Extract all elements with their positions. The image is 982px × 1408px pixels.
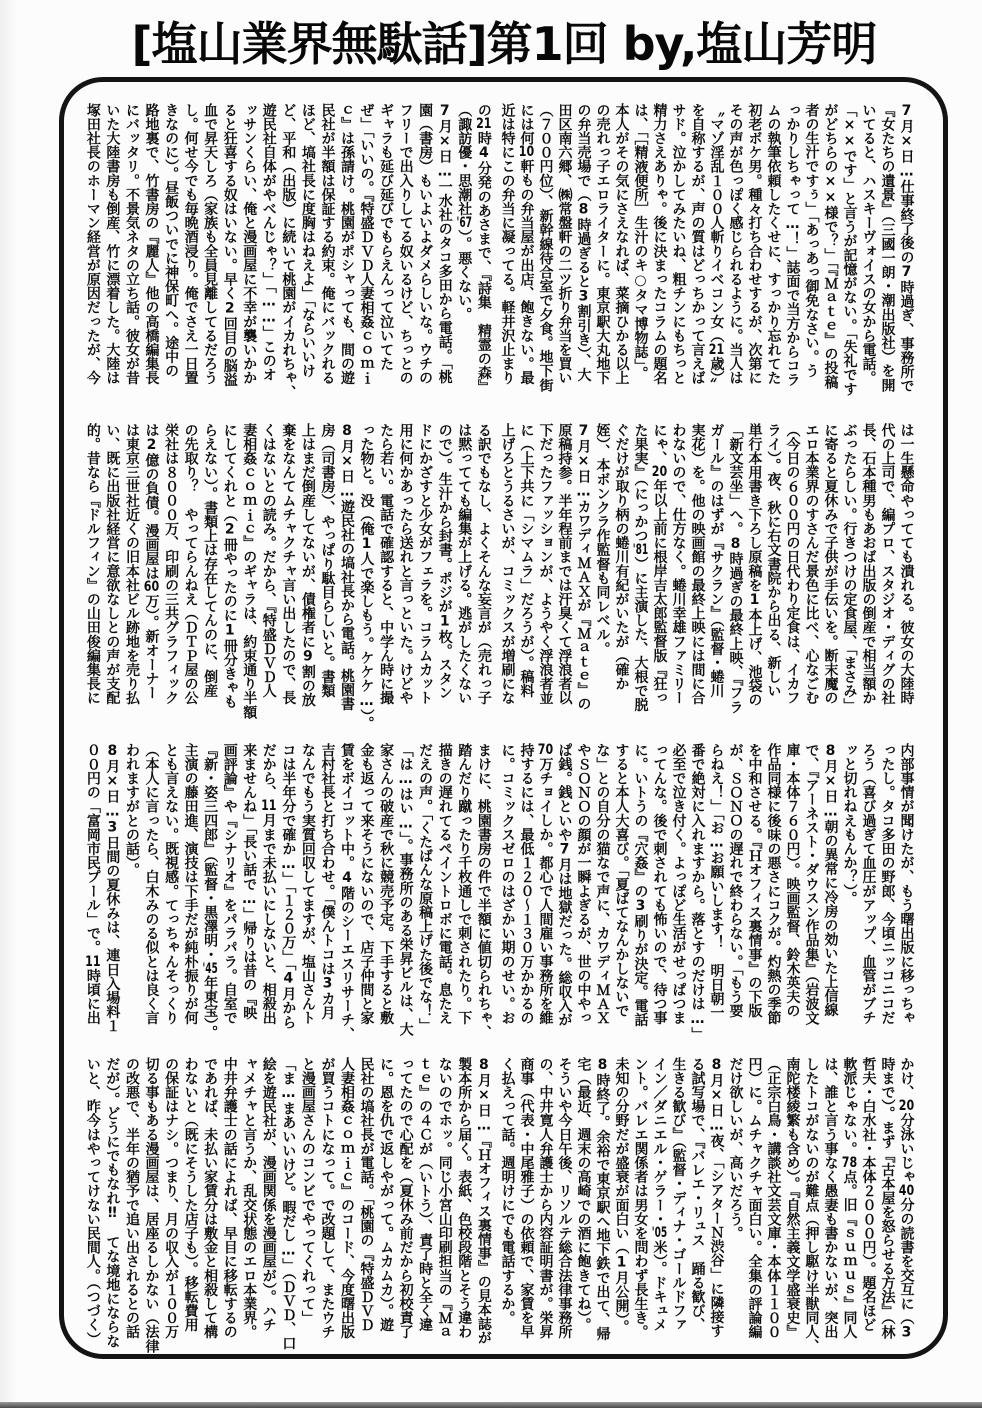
- text-column: 庫・本体７６０円）。映画監督、鈴木英夫の: [783, 743, 802, 1027]
- text-column: ャメチャと言うか、乱交状態のエロ本業界。: [239, 1057, 259, 1341]
- text-column: 「ま…まあいいけど。暇だし…」（ＤＶＤ、口: [278, 1057, 298, 1341]
- text-column: ント。バレエ関係者は男女を問わず長生き。: [631, 1057, 650, 1341]
- text-column: 「××です」と言うが記憶がない。「失礼です: [840, 103, 859, 387]
- text-column: ムの執筆依頼したくせに、すっかり忘れてた: [764, 103, 783, 387]
- text-block-right: 7月×日…仕事終了後の7時過ぎ、事務所で『女たちの遺景』（三國一朗・潮出版社）を…: [498, 103, 916, 387]
- text-column: 上げろとうるさいが、コミックスが増刷にな: [498, 423, 517, 707]
- text-column: まけに、桃園書房の件で半額に値切られちゃ、: [473, 743, 493, 1027]
- text-block-right: 内部事情が聞けたが、もう曙出版に移っちゃったし。タコ多田の野郎、今頃ニッコニコだ…: [498, 743, 916, 1027]
- text-column: ないのでホッ。同じ小宮山印刷担当の『Ｍａ: [434, 1057, 454, 1341]
- page-title: [塩山業界無駄話]第1回 by,塩山芳明: [0, 16, 982, 72]
- text-column: 血で昇天しろ（家族も全員見離してるだろう: [200, 103, 220, 387]
- text-column: ガール』のはずが『サクラン』（監督・蜷川: [707, 423, 726, 707]
- text-column: ッサンくらい、俺と漫画屋に不幸が襲いかか: [239, 103, 259, 387]
- text-column: 精力さえありゃ。後に決まったコラムの題名: [650, 103, 669, 387]
- text-column: 遊民社自体がやべんじゃ？」「……」このオ: [258, 103, 278, 387]
- text-column: の売れっ子エロライターに。東京駅大丸地下: [593, 103, 612, 387]
- text-column: ほど、塙社長に度胸はねえよ」「ならいいけ: [297, 103, 317, 387]
- text-column: な」との自分の猫なで声に、カワディＭＡＸ: [593, 743, 612, 1027]
- text-column: の先取り？ やってらんねえ（ＤＴＰ屋の公: [180, 423, 200, 707]
- text-column: 妻相姦ｃｏｍｉｃ』のギャラは、約束通り半額: [239, 423, 259, 707]
- text-column: には何10軒もの弁当屋が出店、飽きない。最: [517, 103, 536, 387]
- text-column: ぜ」「いいの。『特盛ＤＶＤ人妻相姦ｃｏｍｉ: [356, 103, 376, 387]
- text-column: 人妻相姦ｃｏｍｉｃ』のコード、今度曙出版: [336, 1057, 356, 1341]
- text-column: サド。泣かしてみたいね、粗チンにもちっと: [669, 103, 688, 387]
- text-column: だけ欲しいが、高いだろう。: [726, 1057, 745, 1341]
- text-column: （諏訪優・思潮社'67）。悪くない。: [454, 103, 474, 387]
- text-column: ぐだけが取り柄の蜷川有紀がいたが（確か: [612, 423, 631, 707]
- text-column: いた大陸書房も倒産、竹に漂着した。大陸は: [102, 103, 122, 387]
- text-column: かけ、20分泳いじゃ40分の読書を交互に（3: [897, 1057, 916, 1341]
- text-column: 必至で泣き付く。よっぽど生活がせっぱつま: [669, 743, 688, 1027]
- text-column: くはないとの読み。だから、『特盛ＤＶＤ人: [258, 423, 278, 707]
- text-column: だから、11月まで未払いにしないと、相殺出: [258, 743, 278, 1027]
- text-column: 的。昔なら『ドルフィン』の山田俊編集長に: [82, 423, 102, 707]
- text-column: 『女たちの遺景』（三國一朗・潮出版社）を開: [878, 103, 897, 387]
- text-block-right: かけ、20分泳いじゃ40分の読書を交互に（3時まで）。まず『古本屋を怒らせる方法…: [498, 1057, 916, 1341]
- text-column: 8月×日…『Ｈオフィス裏情事』の見本誌が: [473, 1057, 493, 1341]
- text-column: 切る事もある漫画屋は、居座るしかない（法律: [141, 1057, 161, 1341]
- text-column: ってんな。後で刺されても怖いので、待つ事: [650, 743, 669, 1027]
- text-column: い、既に出版社経営に意欲なしとの声が支配: [102, 423, 122, 707]
- text-column: 房（司書房）、やっぱり駄目らしいと。書類: [317, 423, 337, 707]
- text-column: ろう（喜び過ぎて血圧がアップ、血管がブチ: [859, 743, 878, 1027]
- text-column: 〝マゾ淫乱１００人斬りイベコン女（21歳）〟: [707, 103, 726, 387]
- text-column: 栄社は８０００万、印刷の三共グラフィック: [161, 423, 181, 707]
- text-column: コは半年分で確か…」「１２０万」「4月から: [278, 743, 298, 1027]
- text-column: 8月×日…遊民社の塙社長から電話。桃園書: [336, 423, 356, 707]
- text-column: 路地裏で、竹書房の『麗人』他の高橋編集長: [141, 103, 161, 387]
- text-column: わないので、仕方なく。蜷川幸雄ファミリー: [669, 423, 688, 707]
- text-column: は、「［精液便所］生汁のキ○タマ博物誌」。: [631, 103, 650, 387]
- text-column: が買うコトになって。で改題して、またウチ: [317, 1057, 337, 1341]
- text-column: に（上下共に「シマムラ」だろうが）。稿料: [517, 423, 536, 707]
- text-column: いてると、ハスキーヴォイスの女から電話。: [859, 103, 878, 387]
- text-column: にしてくれと（2冊やったのに1冊分きゃも: [219, 423, 239, 707]
- text-column: は黙ってても編集が上げる。逃がしたくない: [454, 423, 474, 707]
- text-column: がどちらの××様で？」「『Ｍａｔｅ』の投稿: [821, 103, 840, 387]
- text-column: に。コミックスゼロのはざかい期のせい。お: [498, 743, 517, 1027]
- text-column: の21時4分発のあさまで、『詩集 精霊の森』: [473, 103, 493, 387]
- text-column: に。いトうの『穴姦』の3刷りが決定。電話: [631, 743, 650, 1027]
- text-column: で、『アーネスト・ダウスン作品集』（岩波文: [802, 743, 821, 1027]
- text-column: 商事（代表・中尾雅子）の依頼で、家賃を早: [517, 1057, 536, 1341]
- text-column: った物と。没（俺1人で楽しもう。ケケケ…）。: [356, 423, 376, 707]
- text-column: た果実』（にっかつ'81）に主演した、大根で脱: [631, 423, 650, 707]
- text-column: 8月×日…朝の異常に冷房の効いた上信線: [821, 743, 840, 1027]
- text-column: その声が色っぽく感じられるように。当人は: [726, 103, 745, 387]
- text-column: 描きの遅れてるペイントロボに電話。息たえ: [434, 743, 454, 1027]
- text-column: 棄をなんてムチャクチャ言い出したので、長: [278, 423, 298, 707]
- text-column: ぱ銭。銭といや7月は地獄だった。総収入が: [555, 743, 574, 1027]
- text-column: ると狂喜する奴はいない。早く2回目の脳溢: [219, 103, 239, 387]
- text-column: が、ＳＯＮＯの遅れで終わらない。「もう要: [726, 743, 745, 1027]
- text-column: イン／ダニエル・ゲラー・'05米）。ドキュメ: [650, 1057, 669, 1341]
- text-column: 田区南六郷、㈱常盤軒の二ツ折り弁当を買い: [555, 103, 574, 387]
- text-block-right: は一生懸命やってても潰れる。彼女の大陸時代の上司で、編プロ、スタジオ・ディグの社…: [498, 423, 916, 707]
- text-column: 製本所から届く。表紙、色校段階とそう違わ: [454, 1057, 474, 1341]
- text-column: の弁当売場で（8時過ぎると3割引き）、大: [574, 103, 593, 387]
- text-column: 「新文芸坐」へ。8時過ぎの最終上映、『フラ: [726, 423, 745, 707]
- text-column: 踏んだり蹴ったり千枚通しで刺されたり。下: [454, 743, 474, 1027]
- text-column: 絵を遊民社が、漫画関係を漫画屋が）。ハチ: [258, 1057, 278, 1341]
- text-column: ので）。生汁から封書。ポジが1枚。スタン: [434, 423, 454, 707]
- text-column: 7月×日…カワディＭＡＸが『Ｍａｔｅ』の: [574, 423, 593, 707]
- text-column: 代の上司で、編プロ、スタジオ・ディグの社: [878, 423, 897, 707]
- text-column: 塚田社長のホーマン経営が原因だったが、今: [82, 103, 102, 387]
- text-column: たら若い。電話で確認すると、中学ん時に撮: [376, 423, 396, 707]
- text-column: 時まで）。まず『古本屋を怒らせる方法』（林: [878, 1057, 897, 1341]
- text-column: は、誰と言う事なく愚妻も書かないが、突出: [821, 1057, 840, 1341]
- text-column: だえの声。「くたばんな原稿上げた後でな！」: [415, 743, 435, 1027]
- text-column: 姪）、本ボンクラ作監督も同レベル。: [593, 423, 612, 707]
- text-column: 民社が半額は保証する約束。俺にバックれる: [317, 103, 337, 387]
- text-column: 哲夫・白水社・本体２０００円）。題名ほど: [859, 1057, 878, 1341]
- article-band-1: 7月×日…仕事終了後の7時過ぎ、事務所で『女たちの遺景』（三國一朗・潮出版社）を…: [0, 103, 982, 387]
- text-column: に寄ると夏休みで子供が手伝いを。断末魔の: [821, 423, 840, 707]
- text-column: は東京三世社近くの旧本社ビル跡地を売り払: [121, 423, 141, 707]
- text-column: 内部事情が聞けたが、もう曙出版に移っちゃ: [897, 743, 916, 1027]
- text-column: し。何せ今でも毎晩酒浸り。俺でさえ一日置: [180, 103, 200, 387]
- text-column: 初老ボケ男。種々打ち合わせするが、次第に: [745, 103, 764, 387]
- text-column: 中井弁護士の話によれば、早目に移転するの: [219, 1057, 239, 1341]
- text-column: る訳でもなし、よくそんな妄言が（売れっ子: [473, 423, 493, 707]
- text-column: 園（書房）もいよいよダメらしいな。ウチの: [415, 103, 435, 387]
- text-column: ００円の「富岡市民プール」で。11時頃に出: [82, 743, 102, 1027]
- text-column: を中和させる。『Ｈオフィス裏情事』の下版: [745, 743, 764, 1027]
- text-column: そういや今日午後、リソルテ総合法律事務所: [555, 1057, 574, 1341]
- text-column: 家さんの破産で秋に競売予定。下手すると敷: [376, 743, 396, 1027]
- text-column: 上はまだ倒産してないが、債権者に9割の放: [297, 423, 317, 707]
- text-column: エロ本業界のすさんだ景色に比べ、心なごむ: [802, 423, 821, 707]
- article-band-4: かけ、20分泳いじゃ40分の読書を交互に（3時まで）。まず『古本屋を怒らせる方法…: [0, 1057, 982, 1341]
- text-column: にバッタリ。不景気ネタの立ち話。彼女が昔: [121, 103, 141, 387]
- text-column: フリーで出入りしてる奴いるけど、ちっとの: [395, 103, 415, 387]
- text-column: 持するには、最低１２０〜１３０万かかるの: [517, 743, 536, 1027]
- text-column: 70万チョイしか。都心で人間雇い事務所を維: [536, 743, 555, 1027]
- text-column: 7月×日…一水社のタコ多田から電話。「桃: [434, 103, 454, 387]
- text-column: ってたので心配を（夏休み前だから初校責了: [395, 1057, 415, 1341]
- text-column: 単行本用書き下ろし原稿を1本上げ、池袋の: [745, 423, 764, 707]
- magazine-page: [塩山業界無駄話]第1回 by,塩山芳明 7月×日…仕事終了後の7時過ぎ、事務所…: [0, 0, 982, 1408]
- text-column: ギャラも延び延びでもらえんって泣いてた: [376, 103, 396, 387]
- text-column: やＳＯＮＯの顔が一瞬よぎるが、世の中やっ: [574, 743, 593, 1027]
- text-column: きなのに）。昼飯ついでに神保町へ。途中の: [161, 103, 181, 387]
- text-column: 用に何かあったら送れと言っといた。けどや: [395, 423, 415, 707]
- text-column: 8月×日…夜、「シアターＮ渋谷」に隣接す: [707, 1057, 726, 1341]
- text-column: らえない）。書類上は存在してんのに、倒産: [200, 423, 220, 707]
- text-column: 原稿持参。半年程前までは汗臭くて浮浪者以: [555, 423, 574, 707]
- text-column: と漫画屋さんのコンビでやってくれって」: [297, 1057, 317, 1341]
- text-column: 金も返って来そうにないので、店子仲間と家: [356, 743, 376, 1027]
- article-band-2: は一生懸命やってても潰れる。彼女の大陸時代の上司で、編プロ、スタジオ・ディグの社…: [0, 423, 982, 707]
- text-column: 近は特にこの弁当に凝ってる。軽井沢止まり: [498, 103, 517, 387]
- text-column: 者の生汁ですぅ」「あっあっ御免なさい。う: [802, 103, 821, 387]
- text-column: 南陀楼綾繁も含め）。『自然主義文学盛衰史』: [783, 1057, 802, 1341]
- scan-edge-line: [0, 1402, 982, 1408]
- text-column: だが）。どうにでもなれ‼ てな境地にならな: [102, 1057, 122, 1341]
- text-column: 民社の塙社長が電話。「桃園の『特盛ＤＶＤ: [356, 1057, 376, 1341]
- text-column: わないと（既にそうした店子も）。移転費用: [180, 1057, 200, 1341]
- text-column: にゃ、20年以上前に根岸吉太郎監督版『狂っ: [650, 423, 669, 707]
- text-column: したトコがないのが難点（押し駆け半獣同人、: [802, 1057, 821, 1341]
- text-column: われますがとの話）。: [121, 743, 141, 1027]
- text-column: 番で絶対に入れますから。落とすのだけは…」: [688, 743, 707, 1027]
- text-column: 吉村社長と打ち合わせ。「僕んトコは3カ月: [317, 743, 337, 1027]
- text-column: 来ませんね」「長い話で…」帰りは昔の『映: [239, 743, 259, 1027]
- text-column: る試写場で、『バレエ・リュス 踊る歓び、: [688, 1057, 707, 1341]
- text-column: なんでもう実質回収してますが、塩山さんト: [297, 743, 317, 1027]
- text-column: ｔｅ』の４Ｃが（いトう）、責了時と全く違: [415, 1057, 435, 1341]
- text-column: ど、平和（出版）に続いて桃園がイカれちゃ、: [278, 103, 298, 387]
- text-column: 主演の藤田進、演技は下手だが純朴振りが何: [180, 743, 200, 1027]
- text-column: 作品同様に後味の悪さにコクが。灼熱の季節: [764, 743, 783, 1027]
- text-column: 『新・姿三四郎』（監督・黒澤明・'45年東宝）。: [200, 743, 220, 1027]
- text-column: 円）に。ムチャクチャ面白い。全集の評論編: [745, 1057, 764, 1341]
- text-column: は一生懸命やってても潰れる。彼女の大陸時: [897, 423, 916, 707]
- text-column: ドにかざすと少女がフェラを。コラムカット: [415, 423, 435, 707]
- text-column: の、中井寛人弁護士から内容証明書が。栄昇: [536, 1057, 555, 1341]
- text-column: いと、昨今はやってけない民間人。（つづく）: [82, 1057, 102, 1341]
- text-column: らねえ！」「お…お願いします！ 明日朝一: [707, 743, 726, 1027]
- text-column: は2億の負債。漫画屋は60万）。新オーナー: [141, 423, 161, 707]
- text-column: っかりしちゃって…！」誌面で当方からコラ: [783, 103, 802, 387]
- text-block-left: 8月×日…『Ｈオフィス裏情事』の見本誌が製本所から届く。表紙、色校段階とそう違わ…: [82, 1057, 493, 1341]
- text-column: の改悪で、半年の猶予で追い出されるとの話: [121, 1057, 141, 1341]
- text-column: 8時終了。余裕で東京駅へ地下鉄で出て、帰: [593, 1057, 612, 1341]
- text-column: ッと切れねえもんか？）。: [840, 743, 859, 1027]
- text-column: 生きる歓び』（監督・ディナ・ゴールドファ: [669, 1057, 688, 1341]
- text-column: （７００円位）、新幹線待合室で夕食。地下街: [536, 103, 555, 387]
- text-column: 未知の分野だが盛衰が面白い（1月公開）。: [612, 1057, 631, 1341]
- text-column: （本人に言ったら、白木みのる似とは良く言: [141, 743, 161, 1027]
- text-column: 賃をボイコット中。4階のシーエスリサーチ、: [336, 743, 356, 1027]
- text-column: 下だったファッションが、ようやく浮浪者並: [536, 423, 555, 707]
- text-column: の保証はナシ。つまり、月の収入が１００万: [161, 1057, 181, 1341]
- text-column: に。恩を仇で返しやがって。ムカムカ）。遊: [376, 1057, 396, 1341]
- text-column: く払えって話。週明けにでも電話するか。: [498, 1057, 517, 1341]
- text-column: とも言えない。既視感。てっちゃんそっくり: [161, 743, 181, 1027]
- text-column: ったし。タコ多田の野郎、今頃ニッコニコだ: [878, 743, 897, 1027]
- text-column: を自称するが、声の質はどっちかって言えば: [688, 103, 707, 387]
- text-column: 「は…はい…」。事務所のある栄昇ビルは、大: [395, 743, 415, 1027]
- text-block-left: る訳でもなし、よくそんな妄言が（売れっ子は黙ってても編集が上げる。逃がしたくない…: [82, 423, 493, 707]
- text-column: （正宗白鳥・講談社文芸文庫・本体１１００: [764, 1057, 783, 1341]
- text-column: ぶったらしい。行きつけの定食屋、「まさみ」: [840, 423, 859, 707]
- text-column: 画評論』や『シナリオ』をパラパラ。自室で: [219, 743, 239, 1027]
- text-column: であれば、未払い家賃分は敷金と相殺して構: [200, 1057, 220, 1341]
- text-column: 軟派じゃない。78点。旧『ｓｕｍｕｓ』同人: [840, 1057, 859, 1341]
- text-block-left: の21時4分発のあさまで、『詩集 精霊の森』（諏訪優・思潮社'67）。悪くない。…: [82, 103, 493, 387]
- text-column: 実花）を。他の映画館の最終上映には間に合: [688, 423, 707, 707]
- article-band-3: 内部事情が聞けたが、もう曙出版に移っちゃったし。タコ多田の野郎、今頃ニッコニコだ…: [0, 743, 982, 1027]
- text-block-left: まけに、桃園書房の件で半額に値切られちゃ、踏んだり蹴ったり千枚通しで刺されたり。…: [82, 743, 493, 1027]
- text-column: ライ）。夜、秋に右文書院から出る、新しい: [764, 423, 783, 707]
- text-column: 8月×日…3日間の夏休みは、連日入場料１: [102, 743, 122, 1027]
- text-column: 長、石本種男もあおば出版の倒産で相当額か: [859, 423, 878, 707]
- text-column: すると本人大喜び。「夏ばてなんかしないで: [612, 743, 631, 1027]
- text-column: 7月×日…仕事終了後の7時過ぎ、事務所で: [897, 103, 916, 387]
- text-column: ｃ』は孫請け。桃園がポシャっても、間の遊: [336, 103, 356, 387]
- text-column: 宅（最近、週末の高崎での酒に飽きてね）。: [574, 1057, 593, 1341]
- text-column: （今日の６００円の日代わり定食は、イカフ: [783, 423, 802, 707]
- text-column: 本人がその気にさえなれば、菜摘ひかる以上: [612, 103, 631, 387]
